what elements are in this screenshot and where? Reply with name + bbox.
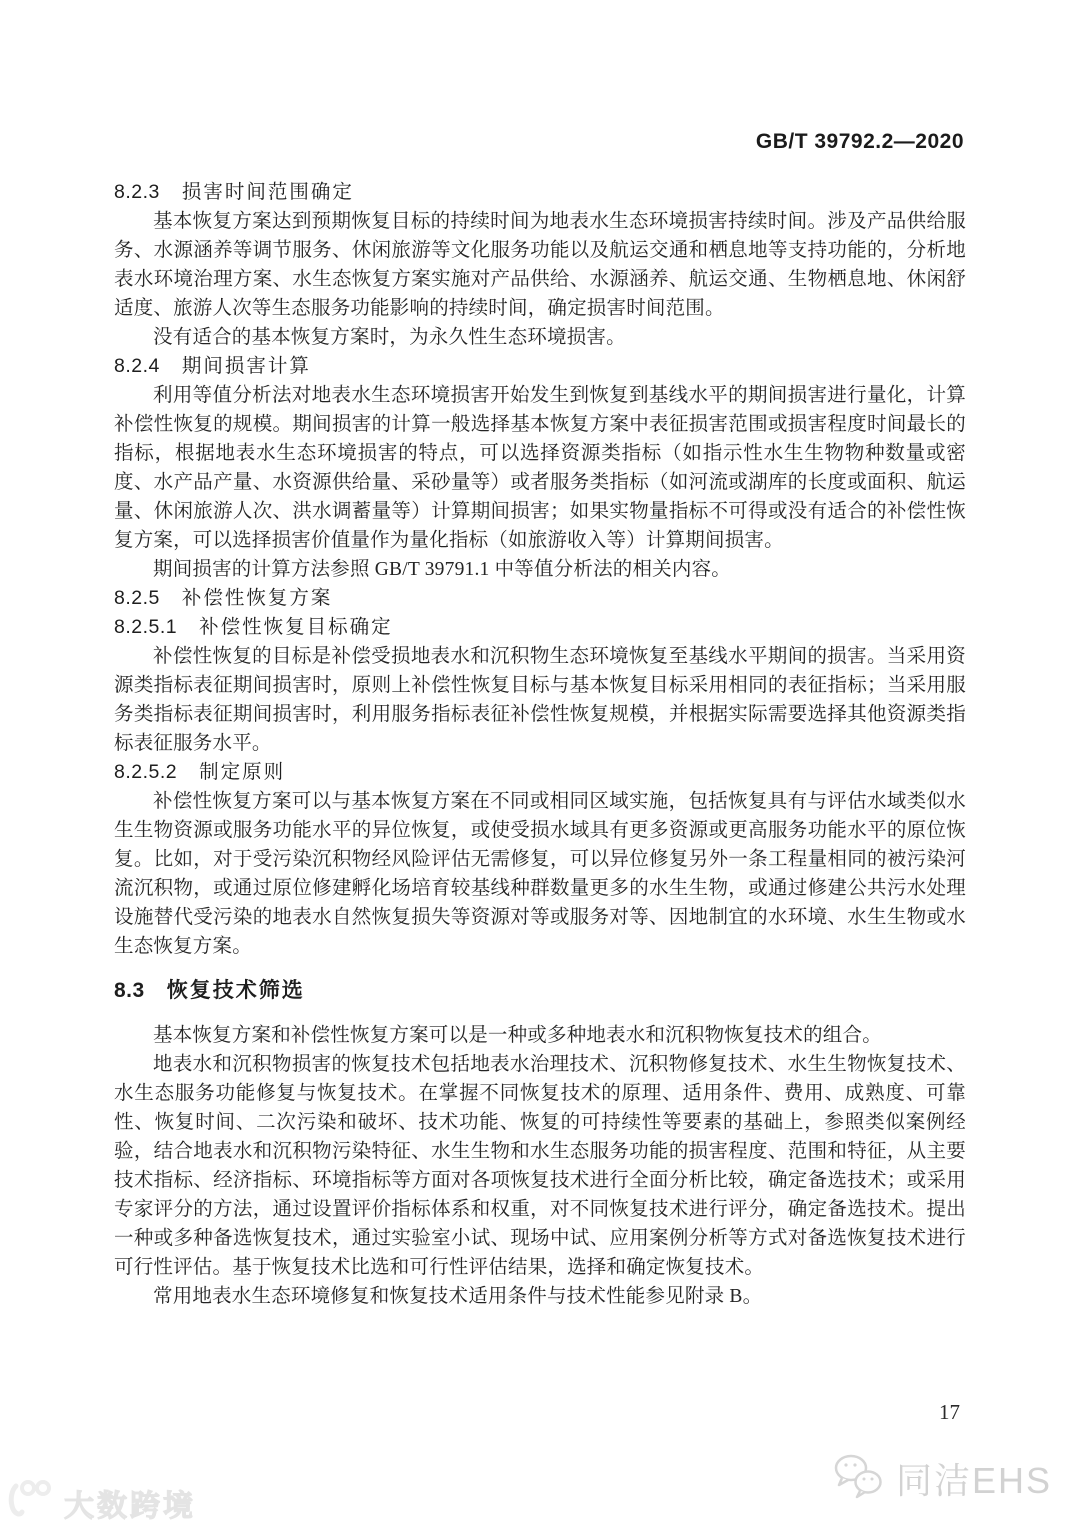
watermark-right-label: 同洁EHS (896, 1453, 1052, 1504)
page-number: 17 (939, 1400, 960, 1425)
watermark-right: 同洁EHS (830, 1452, 1052, 1505)
clause-number: 8.3 (114, 976, 145, 1005)
clause-number: 8.2.5.2 (114, 758, 177, 787)
wechat-icon (830, 1452, 886, 1505)
clause-heading-8-2-5-1: 8.2.5.1 补偿性恢复目标确定 (114, 613, 966, 642)
paragraph: 没有适合的基本恢复方案时，为永久性生态环境损害。 (114, 323, 966, 352)
watermark-left-label: 大数跨境 (64, 1481, 196, 1525)
document-body: 8.2.3 损害时间范围确定 基本恢复方案达到预期恢复目标的持续时间为地表水生态… (114, 178, 966, 1311)
paragraph: 补偿性恢复方案可以与基本恢复方案在不同或相同区域实施，包括恢复具有与评估水域类似… (114, 787, 966, 961)
paragraph: 常用地表水生态环境修复和恢复技术适用条件与技术性能参见附录 B。 (114, 1282, 966, 1311)
paragraph: 基本恢复方案和补偿性恢复方案可以是一种或多种地表水和沉积物恢复技术的组合。 (114, 1021, 966, 1050)
clause-heading-8-2-5-2: 8.2.5.2 制定原则 (114, 758, 966, 787)
document-page: { "header": { "doc_number": "GB/T 39792.… (0, 0, 1080, 1527)
clause-number: 8.2.3 (114, 178, 160, 207)
paragraph: 利用等值分析法对地表水生态环境损害开始发生到恢复到基线水平的期间损害进行量化，计… (114, 381, 966, 555)
doc-number-header: GB/T 39792.2—2020 (756, 130, 964, 154)
clause-title: 恢复技术筛选 (167, 976, 305, 1005)
clause-number: 8.2.5 (114, 584, 160, 613)
clause-heading-8-3: 8.3 恢复技术筛选 (114, 976, 966, 1005)
clause-number: 8.2.5.1 (114, 613, 177, 642)
clause-heading-8-2-5: 8.2.5 补偿性恢复方案 (114, 584, 966, 613)
paragraph: 基本恢复方案达到预期恢复目标的持续时间为地表水生态环境损害持续时间。涉及产品供给… (114, 207, 966, 323)
paragraph: 补偿性恢复的目标是补偿受损地表水和沉积物生态环境恢复至基线水平期间的损害。当采用… (114, 642, 966, 758)
clause-title: 补偿性恢复方案 (182, 584, 333, 613)
paragraph: 期间损害的计算方法参照 GB/T 39791.1 中等值分析法的相关内容。 (114, 555, 966, 584)
clause-title: 损害时间范围确定 (182, 178, 354, 207)
dashu-kuajing-logo-icon (6, 1478, 58, 1527)
clause-heading-8-2-4: 8.2.4 期间损害计算 (114, 352, 966, 381)
clause-heading-8-2-3: 8.2.3 损害时间范围确定 (114, 178, 966, 207)
clause-number: 8.2.4 (114, 352, 160, 381)
clause-title: 期间损害计算 (182, 352, 311, 381)
clause-title: 制定原则 (199, 758, 285, 787)
page-background: GB/T 39792.2—2020 8.2.3 损害时间范围确定 基本恢复方案达… (0, 0, 1080, 1527)
clause-title: 补偿性恢复目标确定 (199, 613, 393, 642)
watermark-left: 大数跨境 (6, 1478, 196, 1527)
paragraph: 地表水和沉积物损害的恢复技术包括地表水治理技术、沉积物修复技术、水生生物恢复技术… (114, 1050, 966, 1282)
